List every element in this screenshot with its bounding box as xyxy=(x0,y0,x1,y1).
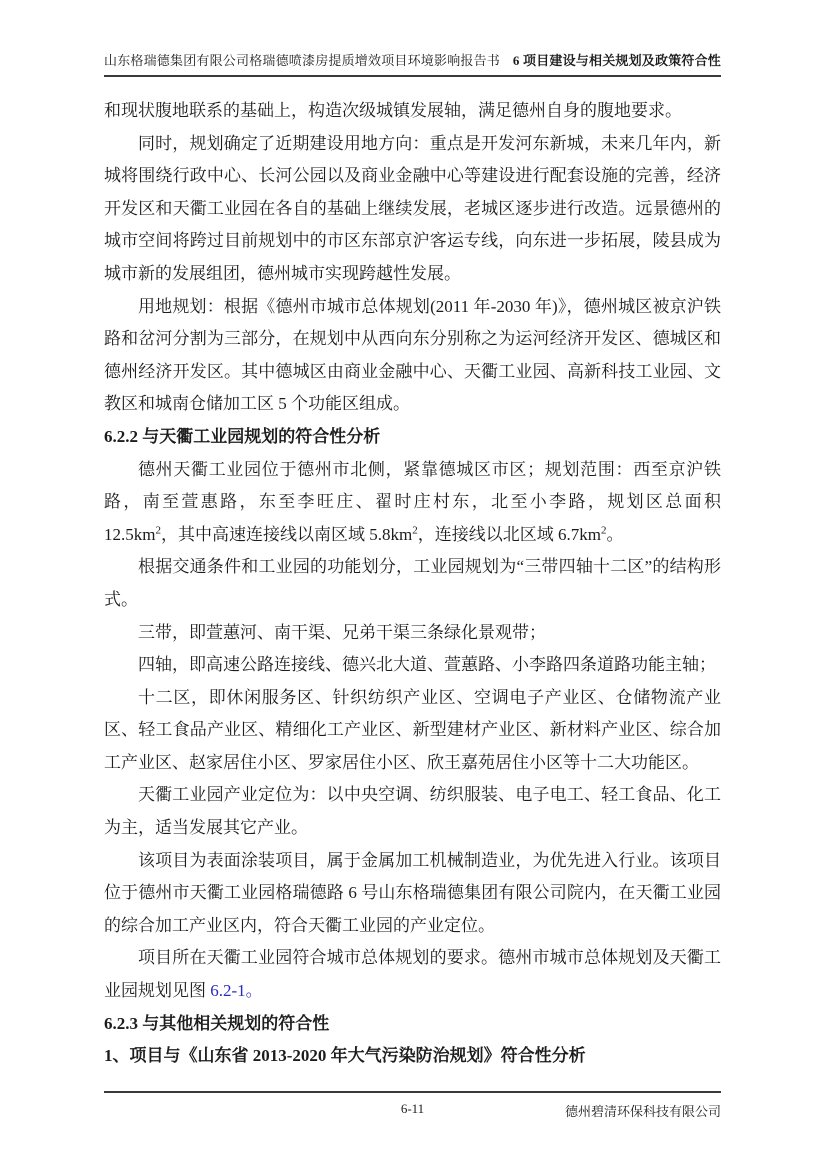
text-run: 项目所在天衢工业园符合城市总体规划的要求。德州市城市总体规划及天衢工业园规划见图 xyxy=(104,948,721,1000)
text-run: 根据交通条件和工业园的功能划分，工业园规划为“三带四轴十二区”的结构形式。 xyxy=(104,557,721,609)
section-heading: 1、项目与《山东省 2013-2020 年大气污染防治规划》符合性分析 xyxy=(104,1040,721,1073)
paragraph: 天衢工业园产业定位为：以中央空调、纺织服装、电子电工、轻工食品、化工为主，适当发… xyxy=(104,779,721,844)
figure-link[interactable]: 。 xyxy=(246,981,263,1000)
section-heading: 6.2.3 与其他相关规划的符合性 xyxy=(104,1008,721,1041)
text-run: 和现状腹地联系的基础上，构造次级城镇发展轴，满足德州自身的腹地要求。 xyxy=(104,101,682,120)
paragraph: 项目所在天衢工业园符合城市总体规划的要求。德州市城市总体规划及天衢工业园规划见图… xyxy=(104,942,721,1007)
text-run: ，连接线以北区域 6.7km xyxy=(418,525,601,544)
paragraph: 十二区，即休闲服务区、针织纺织产业区、空调电子产业区、仓储物流产业区、轻工食品产… xyxy=(104,682,721,780)
paragraph: 该项目为表面涂装项目，属于金属加工机械制造业，为优先进入行业。该项目位于德州市天… xyxy=(104,845,721,943)
text-run: 6.2.3 与其他相关规划的符合性 xyxy=(104,1014,329,1033)
paragraph: 根据交通条件和工业园的功能划分，工业园规划为“三带四轴十二区”的结构形式。 xyxy=(104,551,721,616)
section-heading: 6.2.2 与天衢工业园规划的符合性分析 xyxy=(104,421,721,454)
text-run: 6.2.2 与天衢工业园规划的符合性分析 xyxy=(104,427,380,446)
header-chapter-title: 6 项目建设与相关规划及政策符合性 xyxy=(513,50,721,69)
paragraph: 同时，规划确定了近期建设用地方向：重点是开发河东新城，未来几年内，新城将围绕行政… xyxy=(104,128,721,291)
paragraph: 和现状腹地联系的基础上，构造次级城镇发展轴，满足德州自身的腹地要求。 xyxy=(104,95,721,128)
page-header: 山东格瑞德集团有限公司格瑞德喷漆房提质增效项目环境影响报告书 6 项目建设与相关… xyxy=(104,50,721,77)
figure-link[interactable]: 6.2-1 xyxy=(210,981,245,1000)
document-body: 和现状腹地联系的基础上，构造次级城镇发展轴，满足德州自身的腹地要求。同时，规划确… xyxy=(104,95,721,1073)
text-run: 。 xyxy=(606,525,623,544)
text-run: 该项目为表面涂装项目，属于金属加工机械制造业，为优先进入行业。该项目位于德州市天… xyxy=(104,851,721,935)
text-run: 四轴，即高速公路连接线、德兴北大道、萱蕙路、小李路四条道路功能主轴； xyxy=(138,655,716,674)
paragraph: 用地规划：根据《德州市城市总体规划(2011 年-2030 年)》，德州城区被京… xyxy=(104,291,721,421)
text-run: 用地规划：根据《德州市城市总体规划(2011 年-2030 年)》，德州城区被京… xyxy=(104,297,721,414)
text-run: 三带，即萱蕙河、南干渠、兄弟干渠三条绿化景观带； xyxy=(138,623,546,642)
page-footer: 6-11 德州碧清环保科技有限公司 xyxy=(104,1091,721,1123)
footer-company: 德州碧清环保科技有限公司 xyxy=(565,1101,721,1120)
text-run: 同时，规划确定了近期建设用地方向：重点是开发河东新城，未来几年内，新城将围绕行政… xyxy=(104,134,721,283)
paragraph: 三带，即萱蕙河、南干渠、兄弟干渠三条绿化景观带； xyxy=(104,617,721,650)
paragraph: 四轴，即高速公路连接线、德兴北大道、萱蕙路、小李路四条道路功能主轴； xyxy=(104,649,721,682)
text-run: 1、项目与《山东省 2013-2020 年大气污染防治规划》符合性分析 xyxy=(104,1046,586,1065)
document-page: 山东格瑞德集团有限公司格瑞德喷漆房提质增效项目环境影响报告书 6 项目建设与相关… xyxy=(0,0,827,1169)
header-doc-title: 山东格瑞德集团有限公司格瑞德喷漆房提质增效项目环境影响报告书 xyxy=(104,50,500,69)
text-run: ，其中高速连接线以南区域 5.8km xyxy=(161,525,412,544)
text-run: 天衢工业园产业定位为：以中央空调、纺织服装、电子电工、轻工食品、化工为主，适当发… xyxy=(104,785,721,837)
paragraph: 德州天衢工业园位于德州市北侧，紧靠德城区市区；规划范围：西至京沪铁路，南至萱惠路… xyxy=(104,454,721,552)
text-run: 十二区，即休闲服务区、针织纺织产业区、空调电子产业区、仓储物流产业区、轻工食品产… xyxy=(104,688,721,772)
